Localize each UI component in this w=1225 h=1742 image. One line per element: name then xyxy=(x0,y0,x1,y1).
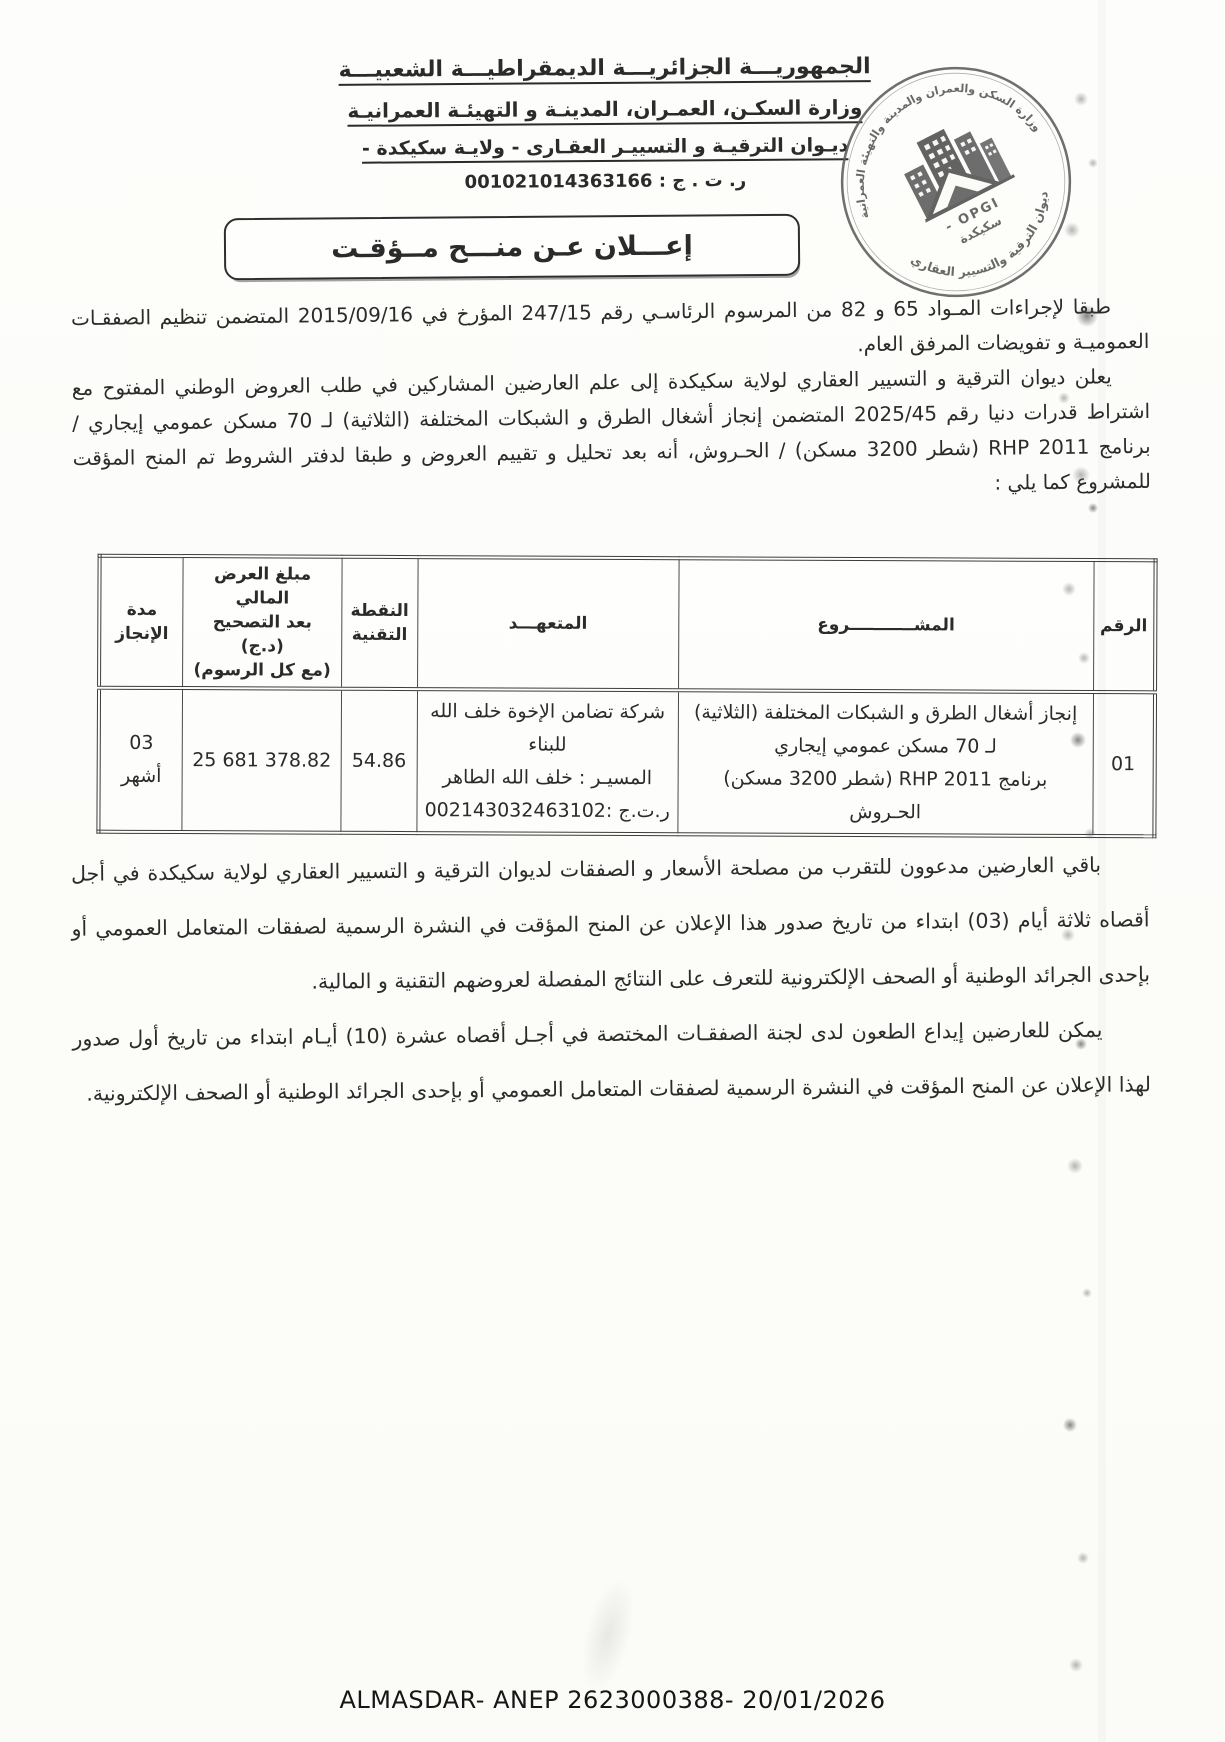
project-line2: لـ 70 مسكن عمومي إيجاري xyxy=(774,735,997,758)
noise-dot xyxy=(1062,582,1076,596)
col-header-amount: مبلغ العرض المالي بعد التصحيح (د.ج) (مع … xyxy=(183,556,342,689)
contractor-registry-number: ر.ت.ج :002143032463102 xyxy=(425,799,670,822)
noise-dot xyxy=(1058,392,1070,404)
amount-header-line2: بعد التصحيح (د.ج) xyxy=(213,612,312,656)
closing-paragraphs: باقي العارضين مدعوون للتقرب من مصلحة الأ… xyxy=(71,837,1151,1121)
project-line3: برنامج RHP 2011 (شطر 3200 مسكن) xyxy=(723,767,1047,790)
scan-edge-shadow xyxy=(1098,0,1106,1742)
republic-title: الجمهوريـــة الجزائريـــة الديمقراطيـــة… xyxy=(325,54,885,83)
scanned-announcement-document: الجمهوريـــة الجزائريـــة الديمقراطيـــة… xyxy=(0,0,1225,1742)
contractor-line2: للبناء xyxy=(528,734,566,756)
noise-dot xyxy=(1084,828,1096,840)
cell-contractor: شركة تضامن الإخوة خلف الله للبناء المسيـ… xyxy=(417,689,679,834)
noise-dot xyxy=(1082,1288,1092,1298)
amount-header-line3: (مع كل الرسوم) xyxy=(194,660,331,681)
score-header-line2: التقنية xyxy=(352,625,408,645)
noise-dot xyxy=(1088,158,1098,168)
paragraph-appeals: يمكن للعارضين إيداع الطعون لدى لجنة الصف… xyxy=(72,1002,1151,1121)
noise-dot xyxy=(1070,732,1086,748)
paragraph-legal-basis: طبقا لإجراءات المـواد 65 و 82 من المرسوم… xyxy=(71,289,1150,371)
contractor-line1: شركة تضامن الإخوة خلف الله xyxy=(430,700,665,723)
trade-registry-number: ر. ت . ج : 001021014363166 xyxy=(325,169,885,194)
noise-dot xyxy=(1072,466,1090,484)
project-line1: إنجاز أشغال الطرق و الشبكات المختلفة (ال… xyxy=(694,701,1077,725)
noise-dot xyxy=(1077,1552,1089,1564)
scan-smudge xyxy=(571,1571,645,1699)
announcement-title-box: إعـــلان عـن منـــح مــؤقـت xyxy=(224,214,800,281)
project-line4: الحـروش xyxy=(849,801,921,823)
noise-dot xyxy=(1076,305,1098,327)
noise-dot xyxy=(1075,1038,1087,1050)
paragraph-other-bidders: باقي العارضين مدعوون للتقرب من مصلحة الأ… xyxy=(71,837,1150,1011)
contractor-line3: المسيـر : خلف الله الطاهر xyxy=(443,766,653,789)
award-table-header: الرقم المشـــــــــــروع المتعهـــد النق… xyxy=(99,556,1156,693)
noise-dot xyxy=(1074,92,1088,106)
award-table: الرقم المشـــــــــــروع المتعهـــد النق… xyxy=(96,554,1157,839)
score-header-line1: النقطة xyxy=(350,601,408,621)
cell-technical-score: 54.86 xyxy=(341,689,418,833)
announcement-title: إعـــلان عـن منـــح مــؤقـت xyxy=(331,230,693,264)
noise-dot xyxy=(1069,1658,1083,1672)
col-header-project: المشـــــــــــروع xyxy=(678,558,1094,692)
ministry-title: وزارة السكـن، العمـران، المدينـة و التهي… xyxy=(325,95,885,123)
amount-value: 25 681 378.82 xyxy=(192,749,331,772)
noise-dot xyxy=(1067,1158,1083,1174)
table-row: 01 إنجاز أشغال الطرق و الشبكات المختلفة … xyxy=(98,688,1155,837)
intro-paragraphs: طبقا لإجراءات المـواد 65 و 82 من المرسوم… xyxy=(71,289,1151,511)
amount-header-line1: مبلغ العرض المالي xyxy=(214,564,311,608)
duration-value: 03 أشهر xyxy=(121,732,162,787)
noise-dot xyxy=(1078,652,1090,664)
cell-amount: 25 681 378.82 xyxy=(182,688,341,833)
col-header-contractor: المتعهـــد xyxy=(417,557,678,690)
noise-dot xyxy=(1064,222,1080,238)
noise-dot xyxy=(1063,1418,1077,1432)
col-header-technical-score: النقطة التقنية xyxy=(341,557,417,689)
noise-dot xyxy=(1088,503,1098,513)
paragraph-announcement: يعلن ديوان الترقية و التسيير العقاري لول… xyxy=(72,359,1152,511)
noise-dot xyxy=(1061,928,1075,942)
cell-project: إنجاز أشغال الطرق و الشبكات المختلفة (ال… xyxy=(678,690,1094,836)
col-header-duration: مدة الإنجاز xyxy=(99,556,183,688)
cell-duration: 03 أشهر xyxy=(98,688,182,832)
